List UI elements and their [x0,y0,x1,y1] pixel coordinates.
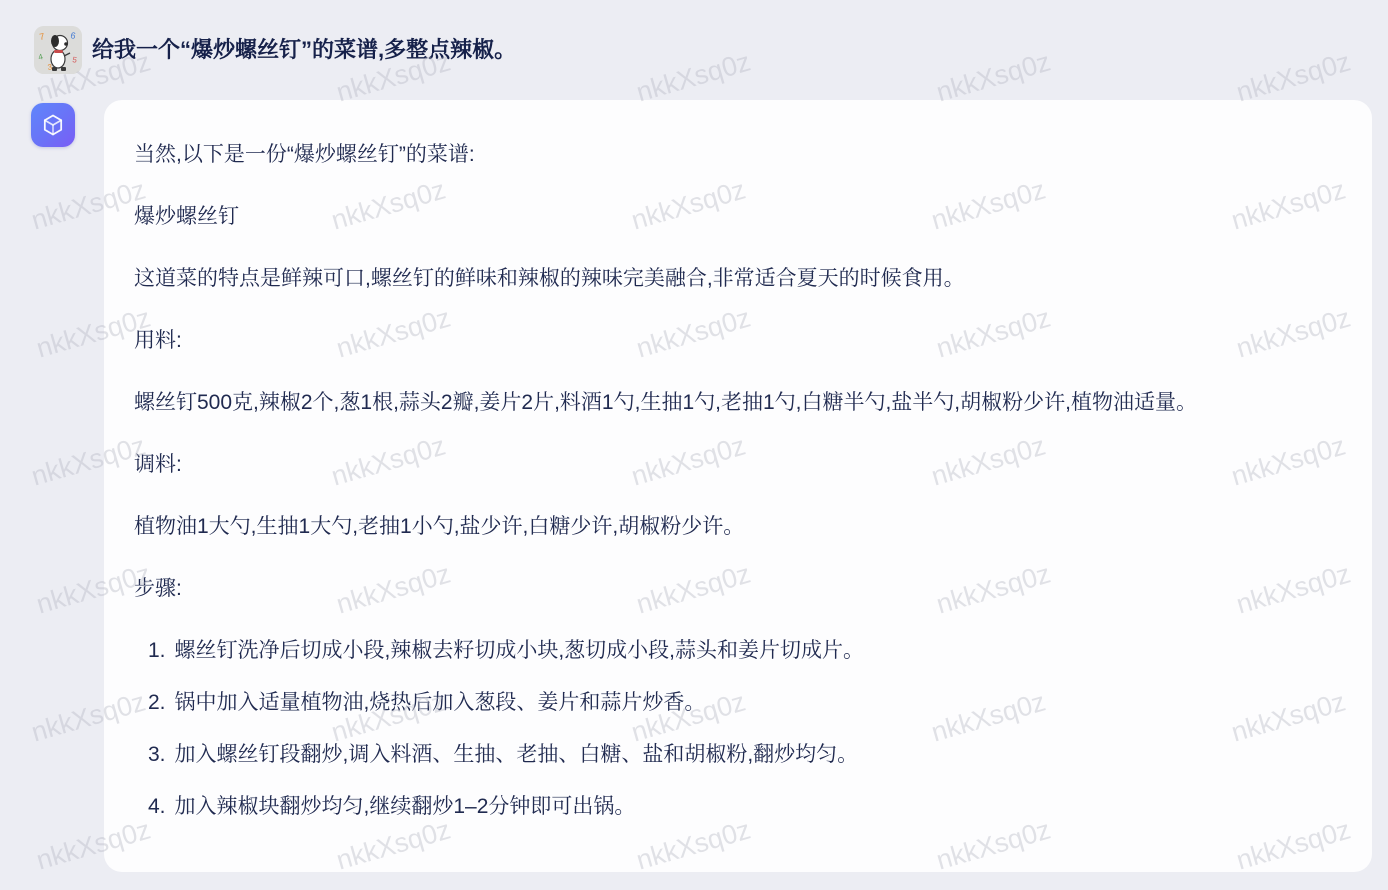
steps-list: 1. 螺丝钉洗净后切成小段,辣椒去籽切成小块,葱切成小段,蒜头和姜片切成片。 2… [148,630,1342,828]
step-text: 螺丝钉洗净后切成小段,辣椒去籽切成小块,葱切成小段,蒜头和姜片切成片。 [175,630,865,672]
step-number: 3. [148,734,175,776]
dish-title: 爆炒螺丝钉 [134,196,1342,238]
user-avatar: 7 6 4 5 3 [34,26,82,74]
step-item: 3. 加入螺丝钉段翻炒,调入料酒、生抽、老抽、白糖、盐和胡椒粉,翻炒均匀。 [148,734,1342,776]
step-number: 4. [148,786,175,828]
dish-description: 这道菜的特点是鲜辣可口,螺丝钉的鲜味和辣椒的辣味完美融合,非常适合夏天的时候食用… [134,258,1342,300]
answer-intro: 当然,以下是一份“爆炒螺丝钉”的菜谱: [134,134,1342,176]
user-question-text: 给我一个“爆炒螺丝钉”的菜谱,多整点辣椒。 [92,26,516,74]
assistant-answer-card: 当然,以下是一份“爆炒螺丝钉”的菜谱: 爆炒螺丝钉 这道菜的特点是鲜辣可口,螺丝… [104,100,1372,872]
assistant-avatar [31,103,75,147]
ingredients-text: 螺丝钉500克,辣椒2个,葱1根,蒜头2瓣,姜片2片,料酒1勺,生抽1勺,老抽1… [134,382,1342,424]
user-message-row: 7 6 4 5 3 给我一个“爆炒螺丝钉”的菜谱,多整点辣椒。 [34,26,516,74]
cartoon-dog-avatar-icon: 7 6 4 5 3 [34,26,82,74]
cube-logo-icon [38,110,68,140]
step-text: 加入螺丝钉段翻炒,调入料酒、生抽、老抽、白糖、盐和胡椒粉,翻炒均匀。 [175,734,859,776]
step-number: 1. [148,630,175,672]
steps-label: 步骤: [134,568,1342,610]
step-number: 2. [148,682,175,724]
seasoning-text: 植物油1大勺,生抽1大勺,老抽1小勺,盐少许,白糖少许,胡椒粉少许。 [134,506,1342,548]
step-item: 1. 螺丝钉洗净后切成小段,辣椒去籽切成小块,葱切成小段,蒜头和姜片切成片。 [148,630,1342,672]
ingredients-label: 用料: [134,320,1342,362]
step-item: 4. 加入辣椒块翻炒均匀,继续翻炒1–2分钟即可出锅。 [148,786,1342,828]
seasoning-label: 调料: [134,444,1342,486]
step-text: 加入辣椒块翻炒均匀,继续翻炒1–2分钟即可出锅。 [175,786,636,828]
step-text: 锅中加入适量植物油,烧热后加入葱段、姜片和蒜片炒香。 [175,682,706,724]
step-item: 2. 锅中加入适量植物油,烧热后加入葱段、姜片和蒜片炒香。 [148,682,1342,724]
